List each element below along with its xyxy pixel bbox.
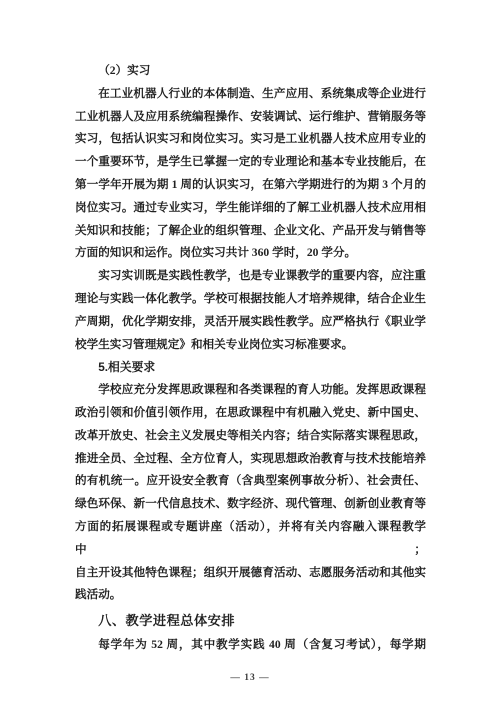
text-line: 第一学年开展为期 1 周的认识实习，在第六学期进行的为期 3 个月的: [75, 174, 426, 197]
text-line: 工业机器人及应用系统编程操作、安装调试、运行维护、营销服务等: [75, 106, 426, 129]
text-line: 方面的拓展课程或专题讲座（活动），并将有关内容融入课程教学中；: [75, 516, 426, 562]
text-line: 理论与实践一体化教学。学校可根据技能人才培养规律，结合企业生: [75, 288, 426, 311]
text-line: 学校应充分发挥思政课程和各类课程的育人功能。发挥思政课程: [75, 379, 426, 402]
bold-heading-line: 5.相关要求: [75, 356, 426, 379]
document-page: （2）实习在工业机器人行业的本体制造、生产应用、系统集成等企业进行工业机器人及应…: [0, 0, 500, 707]
text-line: 的有机统一。应开设安全教育（含典型案例事故分析）、社会责任、: [75, 470, 426, 493]
text-line: 产周期，优化学期安排，灵活开展实践性教学。应严格执行《职业学: [75, 311, 426, 334]
text-line: 践活动。: [75, 584, 426, 607]
text-line: 推进全员、全过程、全方位育人，实现思想政治教育与技术技能培养: [75, 448, 426, 471]
text-line: 每学年为 52 周，其中教学实践 40 周（含复习考试），每学期: [75, 634, 426, 657]
subheading-line: （2）实习: [75, 60, 426, 83]
text-line: 实习，包括认识实习和岗位实习。实习是工业机器人技术应用专业的: [75, 128, 426, 151]
text-line: 政治引领和价值引领作用，在思政课程中有机融入党史、新中国史、: [75, 402, 426, 425]
text-line: 在工业机器人行业的本体制造、生产应用、系统集成等企业进行: [75, 83, 426, 106]
text-line: 实习实训既是实践性教学，也是专业课教学的重要内容，应注重: [75, 265, 426, 288]
document-body: （2）实习在工业机器人行业的本体制造、生产应用、系统集成等企业进行工业机器人及应…: [75, 60, 426, 657]
text-line: 一个重要环节，是学生已掌握一定的专业理论和基本专业技能后，在: [75, 151, 426, 174]
text-line: 方面的知识和运作。岗位实习共计 360 学时，20 学分。: [75, 242, 426, 265]
text-line: 关知识和技能；了解企业的组织管理、企业文化、产品开发与销售等: [75, 220, 426, 243]
text-line: 岗位实习。通过专业实习，学生能详细的了解工业机器人技术应用相: [75, 197, 426, 220]
text-line: 绿色环保、新一代信息技术、数字经济、现代管理、创新创业教育等: [75, 493, 426, 516]
text-line: 自主开设其他特色课程；组织开展德育活动、志愿服务活动和其他实: [75, 562, 426, 585]
text-line: 校学生实习管理规定》和相关专业岗位实习标准要求。: [75, 334, 426, 357]
text-line: 改革开放史、社会主义发展史等相关内容；结合实际落实课程思政，: [75, 425, 426, 448]
page-number: — 13 —: [0, 673, 500, 683]
section-heading-line: 八、教学进程总体安排: [75, 607, 426, 634]
